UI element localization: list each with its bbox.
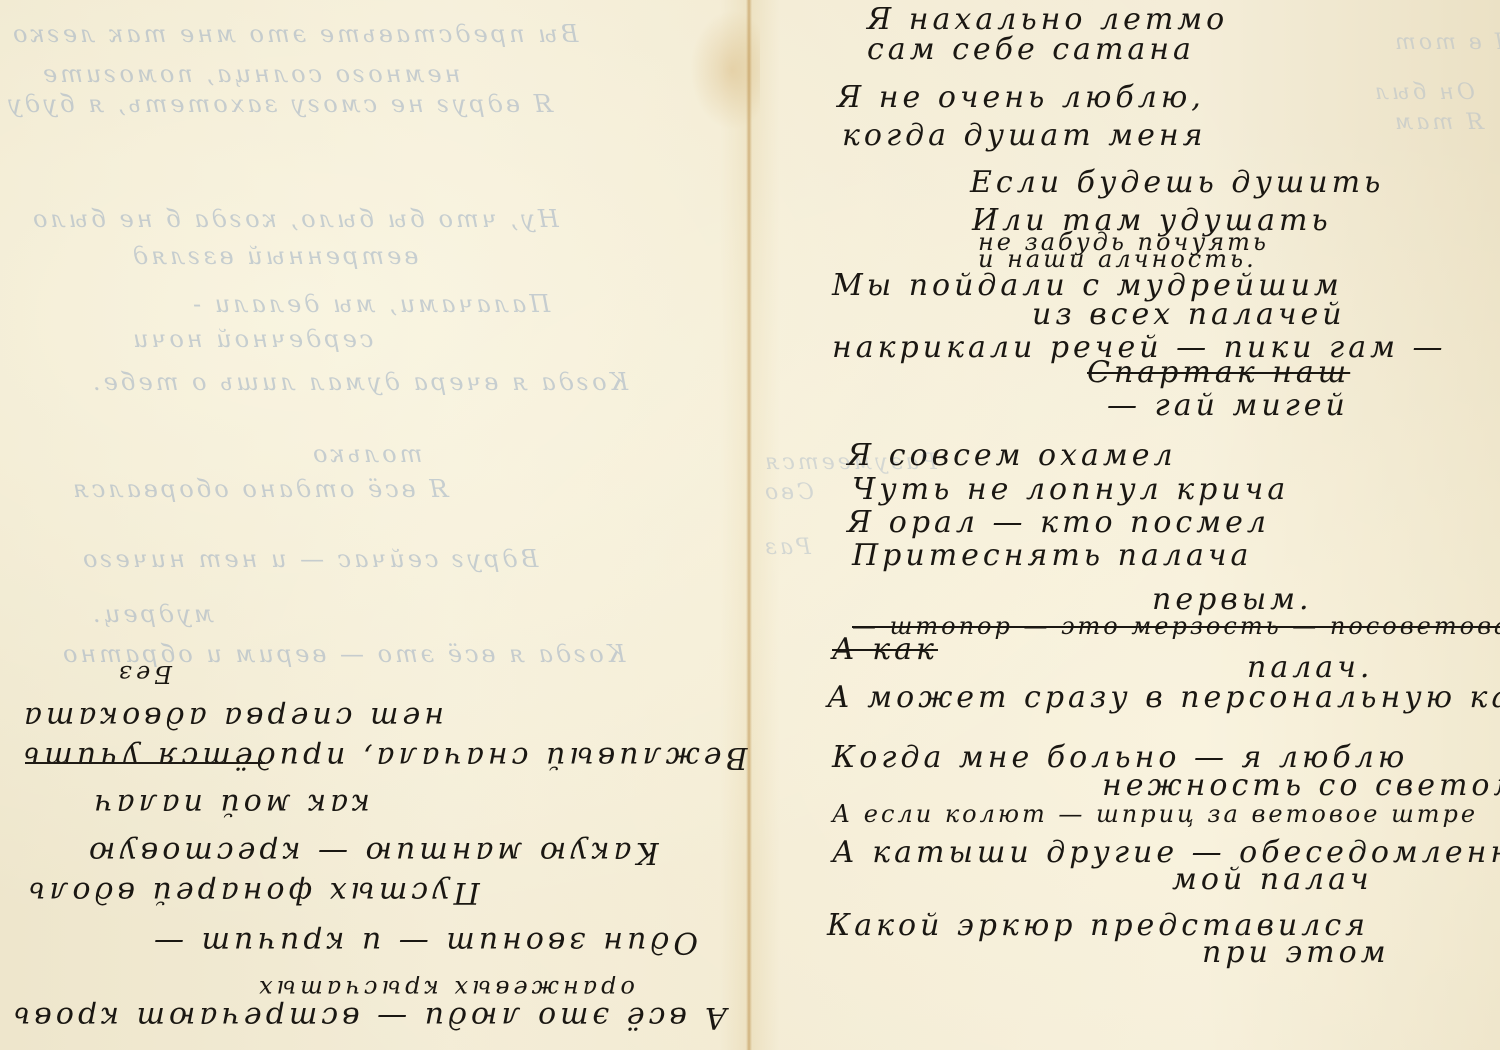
upside-down-line: Один звонит — и кричит — [150, 925, 698, 960]
manuscript-line: Если будешь душить [970, 165, 1384, 200]
manuscript-line: при этом [1202, 935, 1390, 970]
upside-down-line: оранжевых крысчатых [255, 975, 635, 1003]
manuscript-line: сам себе сатана [867, 32, 1195, 67]
manuscript-line: когда душат меня [842, 118, 1207, 153]
show-through-line: сердечной ночи [130, 325, 373, 353]
show-through-line: только [310, 440, 422, 468]
upside-down-line: Пустых фонарей вдоль [25, 875, 480, 910]
upside-down-line: Какую мантию — крестовую [85, 835, 659, 870]
struck-manuscript-line: А как [832, 632, 938, 667]
show-through-line: Я вдруг не смогу захотеть, я буду [5, 90, 553, 118]
manuscript-line: А может сразу в персональную кассету [827, 680, 1500, 715]
right-page: Я в тот Он был Я там Разумеется Сво Раз … [752, 0, 1500, 1050]
upside-down-line: А всё это люди — встречают кровь [10, 1000, 727, 1035]
manuscript-line: Я не очень люблю, [837, 80, 1205, 115]
manuscript-line: — гай мигей [1107, 388, 1349, 423]
show-through-line: Я в тот [1392, 30, 1500, 55]
manuscript-line: нежность со светом [1102, 768, 1500, 803]
manuscript-line: Чуть не лопнул крича [852, 472, 1289, 507]
show-through-line: Когда я вчера думал лишь о тебе. [90, 368, 628, 396]
show-through-line: Вдруг сейчас — и нет ничего [80, 545, 538, 573]
upside-down-line: нет сперва адвоката [20, 700, 444, 735]
show-through-line: ветренный взгляд [130, 242, 418, 270]
left-page: Вы представьте это мне так легко немного… [0, 0, 750, 1050]
manuscript-line: А если колют — шприц за ветовое штре [832, 800, 1478, 828]
underline-stroke [25, 762, 265, 764]
manuscript-line: мой палач [1172, 862, 1373, 897]
show-through-line: Он был [1372, 80, 1475, 105]
manuscript-line: Я орал — кто посмел [847, 505, 1270, 540]
show-through-line: Палачами, мы делали - [190, 290, 550, 318]
show-through-line: Ну, что бы было, когда б не было [30, 205, 559, 233]
show-through-line: Вы представьте это мне так легко [10, 20, 578, 48]
upside-down-line: как мой палач [90, 787, 370, 822]
show-through-line: Раз [762, 535, 811, 560]
manuscript-line: Притеснять палача [852, 538, 1252, 573]
manuscript-spread: Вы представьте это мне так легко немного… [0, 0, 1500, 1050]
show-through-line: Я всё отдано оборвался [70, 475, 449, 503]
struck-manuscript-line: Спартак наш [1087, 355, 1350, 390]
struck-manuscript-line: — штопор — это мерзость — посоветовал [852, 612, 1500, 640]
show-through-line: Сво [762, 480, 814, 505]
manuscript-line: А катыши другие — обеседомленный [832, 835, 1500, 870]
manuscript-line: из всех палачей [1032, 297, 1346, 332]
manuscript-line: Я совсем охамел [847, 438, 1177, 473]
show-through-line: мудрец. [90, 600, 214, 628]
show-through-line: немного солнца, помогите [40, 60, 460, 88]
upside-down-line: Вежливый сначала, придётся учить [20, 740, 748, 775]
show-through-line: Я там [1392, 110, 1484, 135]
upside-down-line: Без [115, 660, 172, 688]
